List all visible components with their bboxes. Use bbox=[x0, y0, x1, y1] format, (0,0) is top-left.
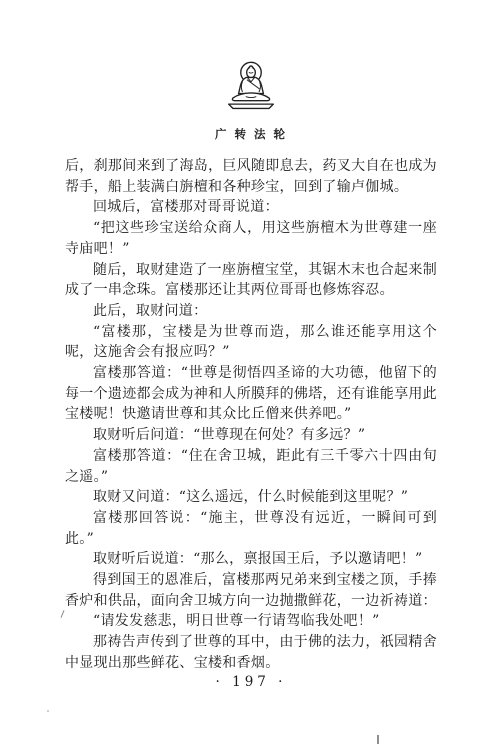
paragraph: 富楼那答道：“住在舍卫城，距此有三千零六十四由旬之遥。” bbox=[65, 446, 437, 487]
paragraph: 取财又问道：“这么遥远，什么时候能到这里呢？” bbox=[65, 487, 437, 508]
paragraph: 那祷告声传到了世尊的耳中，由于佛的法力，祇园精舍中显现出那些鲜花、宝楼和香烟。 bbox=[65, 632, 437, 673]
paragraph: 取财听后问道：“世尊现在何处？有多远？” bbox=[65, 425, 437, 446]
paragraph: 取财听后说道：“那么，禀报国王后，予以邀请吧！” bbox=[65, 549, 437, 570]
book-page: 广 转 法 轮 后，刹那间来到了海岛，巨风随即息去，药叉大自在也成为帮手，船上装… bbox=[0, 0, 502, 747]
paragraph: “富楼那，宝楼是为世尊而造，那么谁还能享用这个呢，这施舍会有报应吗？” bbox=[65, 322, 437, 363]
paragraph: 此后，取财问道： bbox=[65, 301, 437, 322]
paragraph: 富楼那答道：“世尊是彻悟四圣谛的大功德，他留下的每一个遗迹都会成为神和人所膜拜的… bbox=[65, 363, 437, 425]
paragraph: 随后，取财建造了一座旃檀宝堂，其锯木末也合起来制成了一串念珠。富楼那还让其两位哥… bbox=[65, 260, 437, 301]
paragraph: 回城后，富楼那对哥哥说道： bbox=[65, 197, 437, 218]
paragraph: 后，刹那间来到了海岛，巨风随即息去，药叉大自在也成为帮手，船上装满白旃檀和各种珍… bbox=[65, 156, 437, 197]
chapter-title: 广 转 法 轮 bbox=[0, 126, 502, 142]
scan-artifact-tick bbox=[61, 610, 65, 618]
body-text: 后，刹那间来到了海岛，巨风随即息去，药叉大自在也成为帮手，船上装满白旃檀和各种珍… bbox=[65, 156, 437, 674]
paragraph: “把这些珍宝送给众商人，用这些旃檀木为世尊建一座寺庙吧！” bbox=[65, 218, 437, 259]
seated-buddha-icon bbox=[220, 57, 282, 119]
paragraph: “请发发慈悲，明日世尊一行请驾临我处吧！” bbox=[65, 611, 437, 632]
scan-artifact-dot bbox=[47, 710, 49, 712]
page-number: · 197 · bbox=[0, 674, 502, 690]
paragraph: 得到国王的恩准后，富楼那两兄弟来到宝楼之顶，手捧香炉和供品，面向舍卫城方向一边抛… bbox=[65, 570, 437, 611]
buddha-illustration bbox=[219, 56, 283, 120]
paragraph: 富楼那回答说：“施主，世尊没有远近，一瞬间可到此。” bbox=[65, 508, 437, 549]
scan-artifact-bar bbox=[377, 735, 379, 744]
